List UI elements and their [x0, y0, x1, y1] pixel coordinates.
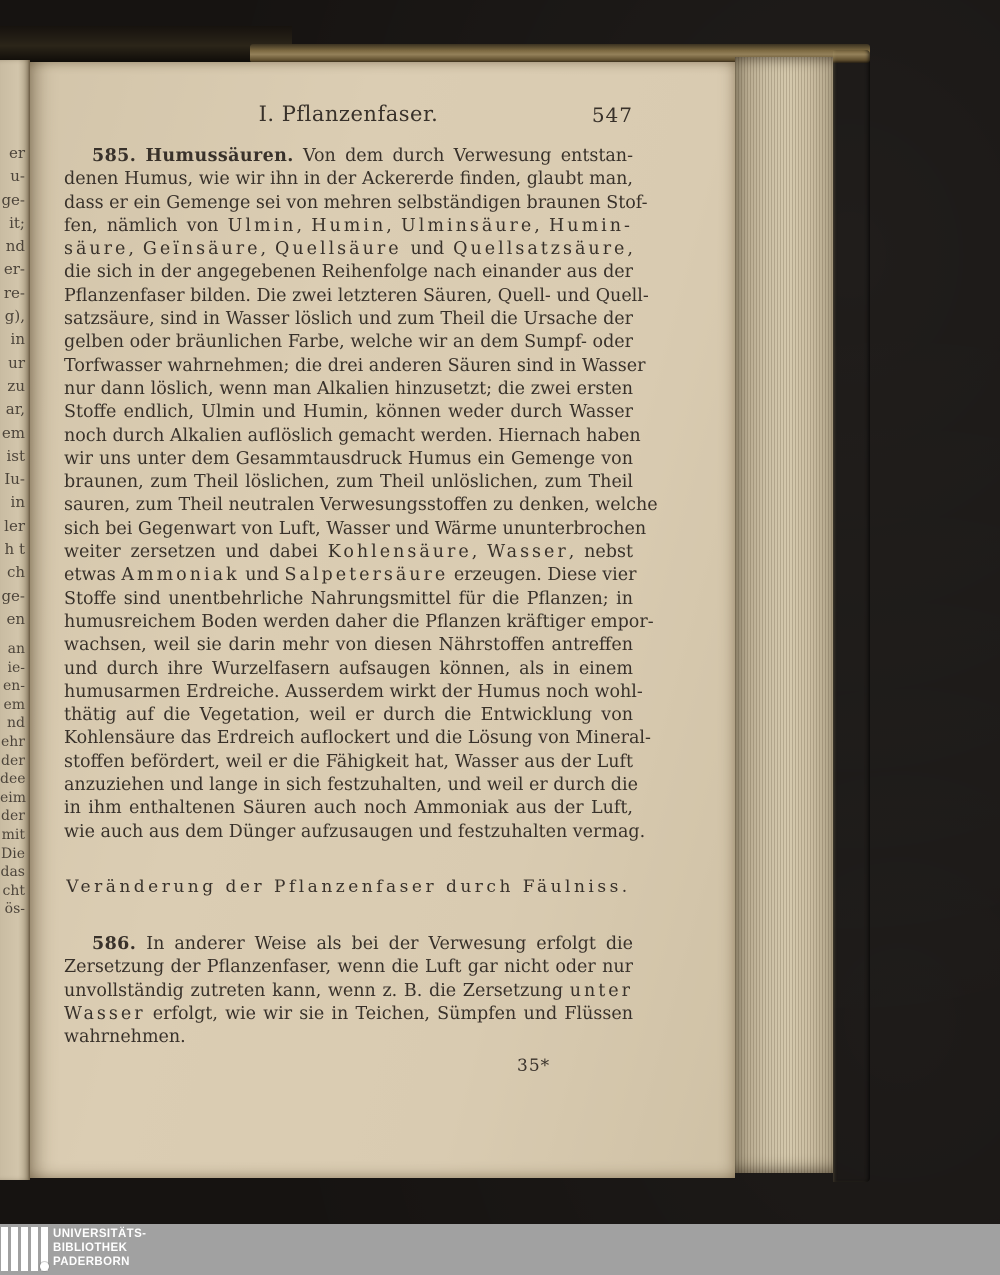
page-fragment: dee — [0, 770, 25, 789]
text-line: fen, nämlich von Ulmin, Humin, Ulminsäur… — [64, 215, 633, 238]
text-line: Stoffe sind unentbehrliche Nahrungsmitte… — [64, 588, 633, 611]
page-fragment: em — [0, 422, 25, 445]
library-name-line: PADERBORN — [53, 1255, 146, 1269]
text-line: wie auch aus dem Dünger aufzusaugen und … — [64, 821, 633, 844]
page-fragment: ar, — [0, 398, 25, 421]
paragraph-585: 585. Humussäuren. Von dem durch Verwesun… — [64, 145, 633, 844]
paragraph-586: 586. In anderer Weise als bei der Verwes… — [64, 933, 633, 1049]
facing-page-fragments-lower: anie-en-emndehrderdeeeimdermitDiedaschtö… — [0, 640, 28, 919]
page-fragment: en — [0, 608, 25, 631]
page-fragment: der — [0, 752, 25, 771]
page-fragment: u- — [0, 165, 25, 188]
text-line: wir uns unter dem Gesammtausdruck Humus … — [64, 448, 633, 471]
book-page: I. Pflanzenfaser. 547 585. Humussäuren. … — [30, 62, 735, 1178]
text-line: und durch ihre Wurzelfasern aufsaugen kö… — [64, 658, 633, 681]
page-fragment: der — [0, 807, 25, 826]
page-content: I. Pflanzenfaser. 547 585. Humussäuren. … — [30, 62, 735, 1178]
text-line: humusarmen Erdreiche. Ausserdem wirkt de… — [64, 681, 633, 704]
text-line: wachsen, weil sie darin mehr von diesen … — [64, 634, 633, 657]
text-line: satzsäure, sind in Wasser löslich und zu… — [64, 308, 633, 331]
page-fragment: cht — [0, 882, 25, 901]
running-header: I. Pflanzenfaser. 547 — [64, 102, 633, 130]
text-line: die sich in der angegebenen Reihenfolge … — [64, 261, 633, 284]
text-line: säure, Geïnsäure, Quellsäure und Quellsa… — [64, 238, 633, 261]
page-fragment: ler — [0, 515, 25, 538]
page-fragment: h t — [0, 538, 25, 561]
page-fragment: g), — [0, 305, 25, 328]
page-fragment: ch — [0, 561, 25, 584]
text-line: braunen, zum Theil löslichen, zum Theil … — [64, 471, 633, 494]
text-line: weiter zersetzen und dabei Kohlensäure, … — [64, 541, 633, 564]
text-line: Kohlensäure das Erdreich auflockert und … — [64, 727, 633, 750]
text-line: in ihm enthaltenen Säuren auch noch Ammo… — [64, 797, 633, 820]
text-line: Torfwasser wahrnehmen; die drei anderen … — [64, 355, 633, 378]
text-line: denen Humus, wie wir ihn in der Ackererd… — [64, 168, 633, 191]
library-name-line: BIBLIOTHEK — [53, 1241, 146, 1255]
library-footer-band: UNIVERSITÄTS-BIBLIOTHEKPADERBORN — [0, 1224, 1000, 1275]
text-line: dass er ein Gemenge sei von mehren selbs… — [64, 192, 633, 215]
text-line: Pflanzenfaser bilden. Die zwei letzteren… — [64, 285, 633, 308]
text-line: unvollständig zutreten kann, wenn z. B. … — [64, 980, 633, 1003]
text-line: noch durch Alkalien auflöslich gemacht w… — [64, 425, 633, 448]
library-logo — [1, 1227, 51, 1273]
page-fragment: ie- — [0, 659, 25, 678]
page-fragment: re- — [0, 282, 25, 305]
text-line: etwas Ammoniak und Salpetersäure erzeuge… — [64, 564, 633, 587]
text-line: wahrnehmen. — [64, 1026, 633, 1049]
chapter-title: I. Pflanzenfaser. — [259, 102, 439, 126]
page-fragment: eim — [0, 789, 25, 808]
page-fragment: er- — [0, 258, 25, 281]
text-line: thätig auf die Vegetation, weil er durch… — [64, 704, 633, 727]
text-line: 586. In anderer Weise als bei der Verwes… — [64, 933, 633, 956]
page-fragment: er — [0, 142, 25, 165]
page-fragment: in — [0, 491, 25, 514]
library-name: UNIVERSITÄTS-BIBLIOTHEKPADERBORN — [53, 1227, 146, 1269]
section-heading: Veränderung der Pflanzenfaser durch Fäul… — [64, 874, 633, 900]
text-line: stoffen befördert, weil er die Fähigkeit… — [64, 751, 633, 774]
page-fragment: Die — [0, 845, 25, 864]
text-line: humusreichem Boden werden daher die Pfla… — [64, 611, 633, 634]
page-fragment: ös- — [0, 900, 25, 919]
page-number: 547 — [592, 103, 633, 127]
library-logo-dot-icon — [40, 1262, 49, 1271]
page-fragment: en- — [0, 677, 25, 696]
page-fragment: zu — [0, 375, 25, 398]
page-fragment: ist — [0, 445, 25, 468]
text-line: sauren, zum Theil neutralen Verwesungsst… — [64, 494, 633, 517]
text-line: sich bei Gegenwart von Luft, Wasser und … — [64, 518, 633, 541]
page-fragment: it; — [0, 212, 25, 235]
fore-edge-page-stack — [735, 57, 833, 1173]
page-fragment: in — [0, 328, 25, 351]
page-fragment: ge- — [0, 189, 25, 212]
text-line: Wasser erfolgt, wie wir sie in Teichen, … — [64, 1003, 633, 1026]
page-fragment: mit — [0, 826, 25, 845]
page-fragment: ur — [0, 352, 25, 375]
text-line: 585. Humussäuren. Von dem durch Verwesun… — [64, 145, 633, 168]
page-fragment: das — [0, 863, 25, 882]
facing-page-fragments-upper: eru-ge-it;nder-re-g),inurzuar,emistIu-in… — [0, 142, 28, 631]
page-fragment: ge- — [0, 585, 25, 608]
page-fragment: nd — [0, 714, 25, 733]
page-fragment: em — [0, 696, 25, 715]
book-cover-side-edge — [833, 50, 870, 1182]
text-line: Stoffe endlich, Ulmin und Humin, können … — [64, 401, 633, 424]
text-line: gelben oder bräunlichen Farbe, welche wi… — [64, 331, 633, 354]
text-line: anzuziehen und lange in sich festzuhalte… — [64, 774, 633, 797]
page-fragment: nd — [0, 235, 25, 258]
book-cover-top-edge — [0, 26, 292, 62]
page-fragment: Iu- — [0, 468, 25, 491]
page-fragment: ehr — [0, 733, 25, 752]
library-name-line: UNIVERSITÄTS- — [53, 1227, 146, 1241]
text-line: nur dann löslich, wenn man Alkalien hinz… — [64, 378, 633, 401]
page-fragment: an — [0, 640, 25, 659]
book-scan-viewer: { "colors": { "background": "#161311", "… — [0, 0, 1000, 1275]
signature-mark: 35* — [64, 1055, 633, 1078]
text-line: Zersetzung der Pflanzenfaser, wenn die L… — [64, 956, 633, 979]
